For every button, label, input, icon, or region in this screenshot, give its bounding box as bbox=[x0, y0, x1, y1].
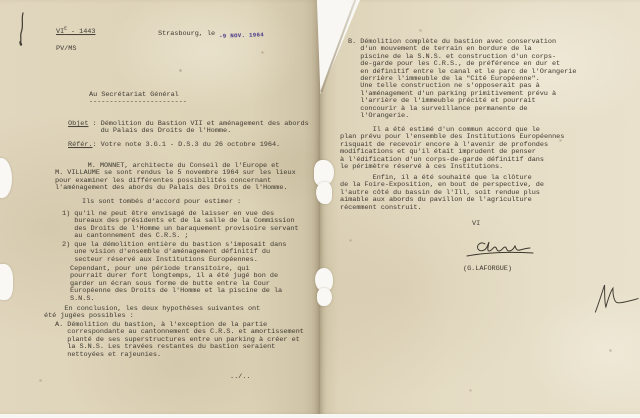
reference-number: VIE - 1443 bbox=[56, 29, 95, 36]
transition-paragraph: Cependant, pour une période transitoire,… bbox=[70, 266, 282, 303]
list-item-2: 2) que la démolition entière du bastion … bbox=[62, 242, 286, 264]
hypothesis-a-paragraph: A. Démolition du bastion, à l'exception … bbox=[55, 322, 304, 359]
agreement-line: Ils sont tombés d'accord pour estimer : bbox=[82, 199, 241, 206]
reference-line: Référ.: Votre note 3.G.1 - D.S.3 du 26 o… bbox=[68, 142, 280, 149]
intro-paragraph: M. MONNET, architecte du Conseil de l'Eu… bbox=[55, 163, 296, 193]
paper-specks bbox=[0, 0, 1, 1]
torn-spot bbox=[0, 264, 13, 300]
recipient-address: Au Secrétariat Général -----------------… bbox=[89, 92, 187, 107]
place-date-line: Strasbourg, le bbox=[158, 31, 215, 38]
reference-label: Référ. bbox=[68, 141, 92, 149]
signature bbox=[455, 239, 537, 265]
conclusion-paragraph: En conclusion, les deux hypothèses suiva… bbox=[44, 306, 260, 321]
ink-mark bbox=[15, 11, 29, 47]
closing-paragraph: Enfin, il a été souhaité que la clôture … bbox=[340, 175, 544, 212]
margin-initials bbox=[588, 277, 640, 318]
estimation-paragraph: Il a été estimé d'un commun accord que l… bbox=[340, 127, 564, 171]
left-page: VIE - 1443 Strasbourg, le PV/MS Au Secré… bbox=[0, 0, 320, 414]
scanned-letter: VIE - 1443 Strasbourg, le PV/MS Au Secré… bbox=[0, 0, 640, 418]
torn-spot bbox=[316, 182, 332, 204]
list-item-1: 1) qu'il ne peut être envisagé de laisse… bbox=[62, 211, 299, 241]
hypothesis-b-paragraph: B. Démolition complète du bastion avec c… bbox=[348, 39, 576, 120]
signature-name: (G.LAFORGUE) bbox=[463, 266, 512, 273]
torn-spot bbox=[317, 288, 332, 306]
continuation-mark: ../.. bbox=[230, 374, 250, 381]
typist-initials: PV/MS bbox=[56, 46, 76, 53]
subject-line: Objet : Démolition du Bastion VII et amé… bbox=[68, 121, 309, 136]
service-mark: VI bbox=[472, 221, 480, 228]
